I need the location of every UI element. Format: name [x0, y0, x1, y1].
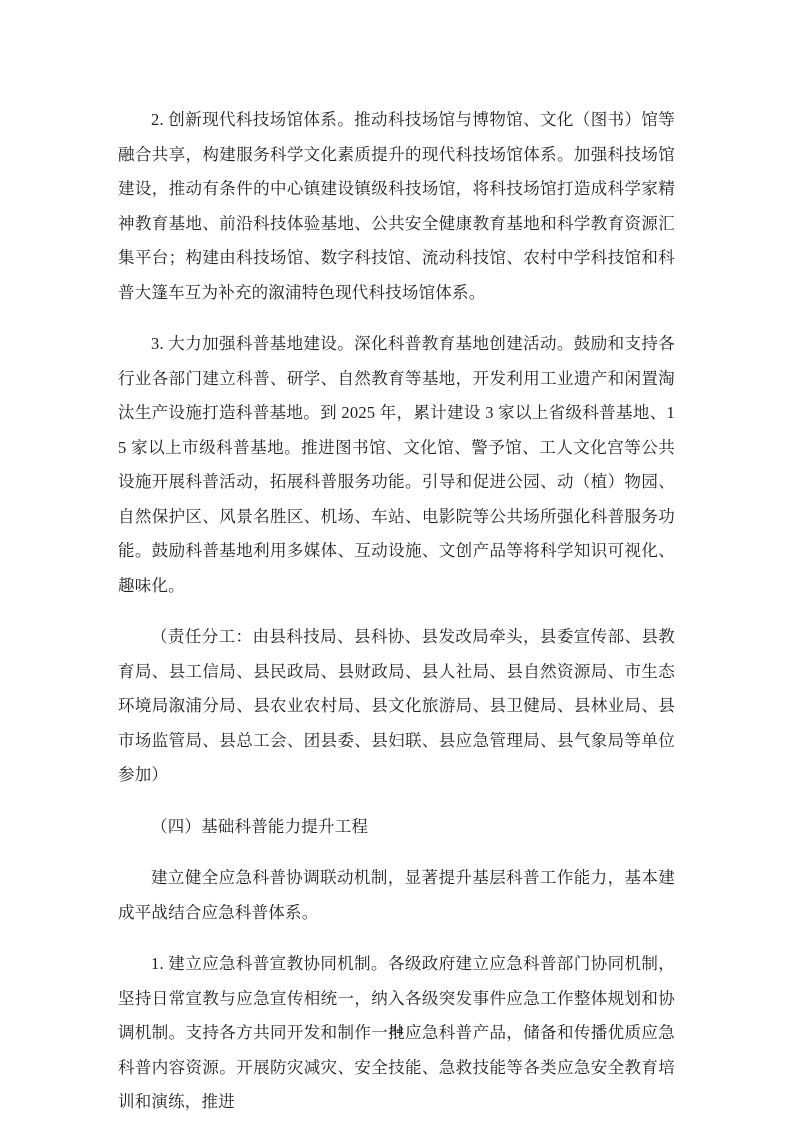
document-page: 2. 创新现代科技场馆体系。推动科技场馆与博物馆、文化（图书）馆等融合共享，构建…	[0, 0, 793, 1122]
paragraph-modern-venue-system: 2. 创新现代科技场馆体系。推动科技场馆与博物馆、文化（图书）馆等融合共享，构建…	[118, 103, 675, 310]
paragraph-science-popularization-bases: 3. 大力加强科普基地建设。深化科普教育基地创建活动。鼓励和支持各行业各部门建立…	[118, 327, 675, 603]
section-heading-basic-capacity-project: （四）基础科普能力提升工程	[118, 810, 675, 845]
paragraph-emergency-system-overview: 建立健全应急科普协调联动机制，显著提升基层科普工作能力，基本建成平战结合应急科普…	[118, 861, 675, 930]
paragraph-responsibility-division: （责任分工：由县科技局、县科协、县发改局牵头，县委宣传部、县教育局、县工信局、县…	[118, 620, 675, 793]
page-number: 84	[0, 1024, 793, 1040]
page-body: 2. 创新现代科技场馆体系。推动科技场馆与博物馆、文化（图书）馆等融合共享，构建…	[118, 103, 675, 1120]
